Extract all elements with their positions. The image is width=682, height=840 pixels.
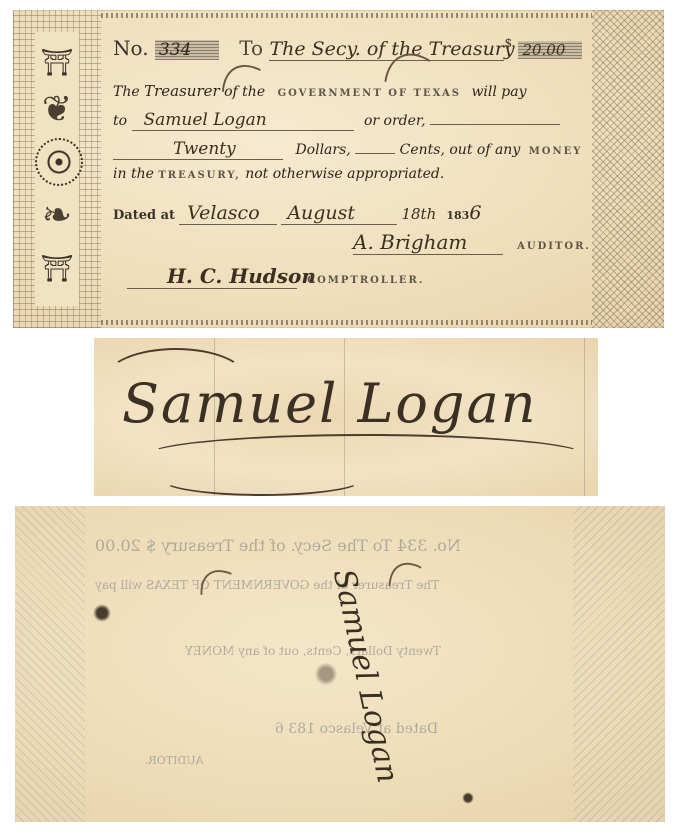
text-money: MONEY: [529, 146, 583, 157]
text-comptroller: COMPTROLLER.: [307, 275, 424, 286]
bottom-rule: [101, 320, 592, 325]
text-to: to: [113, 113, 127, 129]
bleed-through-line-5: AUDITOR.: [145, 754, 204, 767]
rosette-icon: [35, 138, 83, 186]
warrant-amount: 20.00: [518, 41, 582, 59]
cents-blank: [355, 153, 395, 154]
bleed-through-line-1: No. 334 To The Secy. of the Treasury $ 2…: [95, 536, 461, 555]
line-amount-words: Twenty Dollars, Cents, out of any MONEY: [113, 139, 582, 160]
warrant-header: No. 334 To The Secy. of the Treasury$ 20…: [113, 36, 582, 61]
signature-flourish-top: [104, 348, 248, 412]
reverse-left-border: [15, 506, 85, 822]
reverse-cancel-mark: [182, 555, 311, 701]
comptroller-signature: H. C. Hudson: [127, 264, 297, 289]
number-label: No.: [113, 36, 149, 60]
warrant-reverse: No. 334 To The Secy. of the Treasury $ 2…: [15, 506, 665, 822]
place-of-issue: Velasco: [179, 202, 277, 225]
year-suffix: 6: [469, 202, 481, 224]
auditor-signature: A. Brigham: [353, 230, 503, 255]
text-the: The: [113, 84, 140, 100]
right-ornamental-border: [592, 10, 664, 328]
ink-stain: [93, 604, 111, 622]
reverse-right-border: [573, 506, 665, 822]
issue-month: August: [281, 202, 397, 225]
to-label: To: [239, 36, 263, 60]
ink-stain-2: [462, 792, 474, 804]
text-dated-at: Dated at: [113, 208, 175, 223]
text-auditor: AUDITOR.: [517, 241, 591, 252]
line-payee: to Samuel Logan or order,: [113, 110, 560, 131]
text-treasury: TREASURY,: [158, 170, 240, 181]
dollar-sign: $: [504, 36, 512, 50]
bleed-through-line-4: Dated at Velasco 183 6: [275, 721, 438, 737]
issue-day: 18th: [401, 205, 436, 223]
text-treasurer: Treasurer: [144, 82, 220, 100]
signature-detail: Samuel Logan: [94, 338, 598, 496]
allegorical-figure-icon: ❦: [35, 80, 79, 140]
line-auditor: A. Brigham AUDITOR.: [353, 230, 591, 255]
top-rule: [101, 13, 592, 18]
payee-office: The Secy. of the Treasury: [269, 38, 504, 61]
warrant-number: 334: [155, 40, 219, 60]
allegorical-figure-icon-lower: ❧: [35, 186, 79, 246]
year-prefix: 183: [446, 209, 469, 222]
chair-emblem-icon: ⛩: [39, 48, 75, 84]
text-will-pay: will pay: [471, 84, 526, 100]
water-stain: [315, 662, 337, 686]
ghost-rule-3: [584, 338, 585, 496]
line-comptroller: H. C. Hudson COMPTROLLER.: [127, 264, 424, 289]
text-in-the: in the: [113, 166, 154, 182]
chair-emblem-icon-lower: ⛩: [39, 254, 75, 290]
reverse-cancel-mark-2: [371, 549, 493, 697]
signature-lower-flourish: [160, 462, 364, 496]
warrant-front: ⛩ ❦ ❧ ⛩ No. 334 To The Secy. of the Trea…: [13, 10, 664, 328]
line-dated: Dated at Velasco August 18th 1836: [113, 202, 481, 225]
